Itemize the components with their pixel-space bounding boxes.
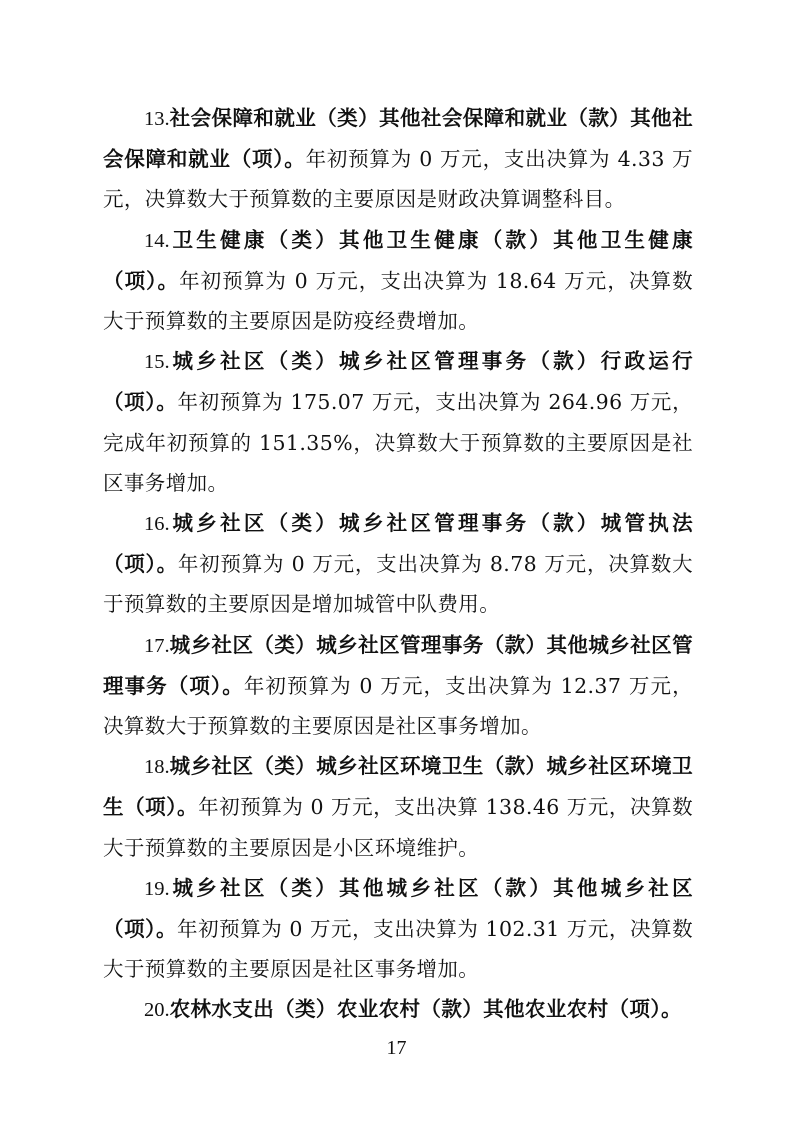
item-number: 18.	[144, 756, 170, 778]
paragraph-item-13: 13.社会保障和就业（类）其他社会保障和就业（款）其他社会保障和就业（项）。年初…	[103, 98, 693, 220]
item-number: 17.	[144, 635, 170, 657]
item-body: 年初预算为 0 万元，支出决算为 102.31 万元，决算数大于预算数的主要原因…	[103, 917, 693, 981]
paragraph-item-18: 18.城乡社区（类）城乡社区环境卫生（款）城乡社区环境卫生（项）。年初预算为 0…	[103, 746, 693, 868]
item-body: 年初预算为 0 万元，支出决算为 18.64 万元，决算数大于预算数的主要原因是…	[103, 269, 693, 333]
item-number: 19.	[144, 878, 170, 900]
paragraph-item-15: 15.城乡社区（类）城乡社区管理事务（款）行政运行（项）。年初预算为 175.0…	[103, 341, 693, 503]
item-number: 16.	[144, 513, 170, 535]
document-body: 13.社会保障和就业（类）其他社会保障和就业（款）其他社会保障和就业（项）。年初…	[103, 98, 693, 1031]
item-number: 14.	[144, 230, 170, 252]
item-body: 年初预算为 0 万元，支出决算为 8.78 万元，决算数大于预算数的主要原因是增…	[103, 552, 693, 616]
item-number: 13.	[144, 108, 170, 130]
paragraph-item-17: 17.城乡社区（类）城乡社区管理事务（款）其他城乡社区管理事务（项）。年初预算为…	[103, 625, 693, 747]
page-number: 17	[0, 1037, 793, 1060]
item-body: 年初预算为 175.07 万元，支出决算为 264.96 万元，完成年初预算的 …	[103, 390, 693, 494]
paragraph-item-16: 16.城乡社区（类）城乡社区管理事务（款）城管执法（项）。年初预算为 0 万元，…	[103, 503, 693, 625]
paragraph-item-14: 14.卫生健康（类）其他卫生健康（款）其他卫生健康（项）。年初预算为 0 万元，…	[103, 220, 693, 342]
paragraph-item-20: 20.农林水支出（类）农业农村（款）其他农业农村（项）。	[103, 989, 693, 1030]
item-heading: 农林水支出（类）农业农村（款）其他农业农村（项）。	[170, 997, 682, 1021]
item-number: 20.	[144, 999, 170, 1021]
paragraph-item-19: 19.城乡社区（类）其他城乡社区（款）其他城乡社区（项）。年初预算为 0 万元，…	[103, 868, 693, 990]
item-number: 15.	[144, 351, 170, 373]
